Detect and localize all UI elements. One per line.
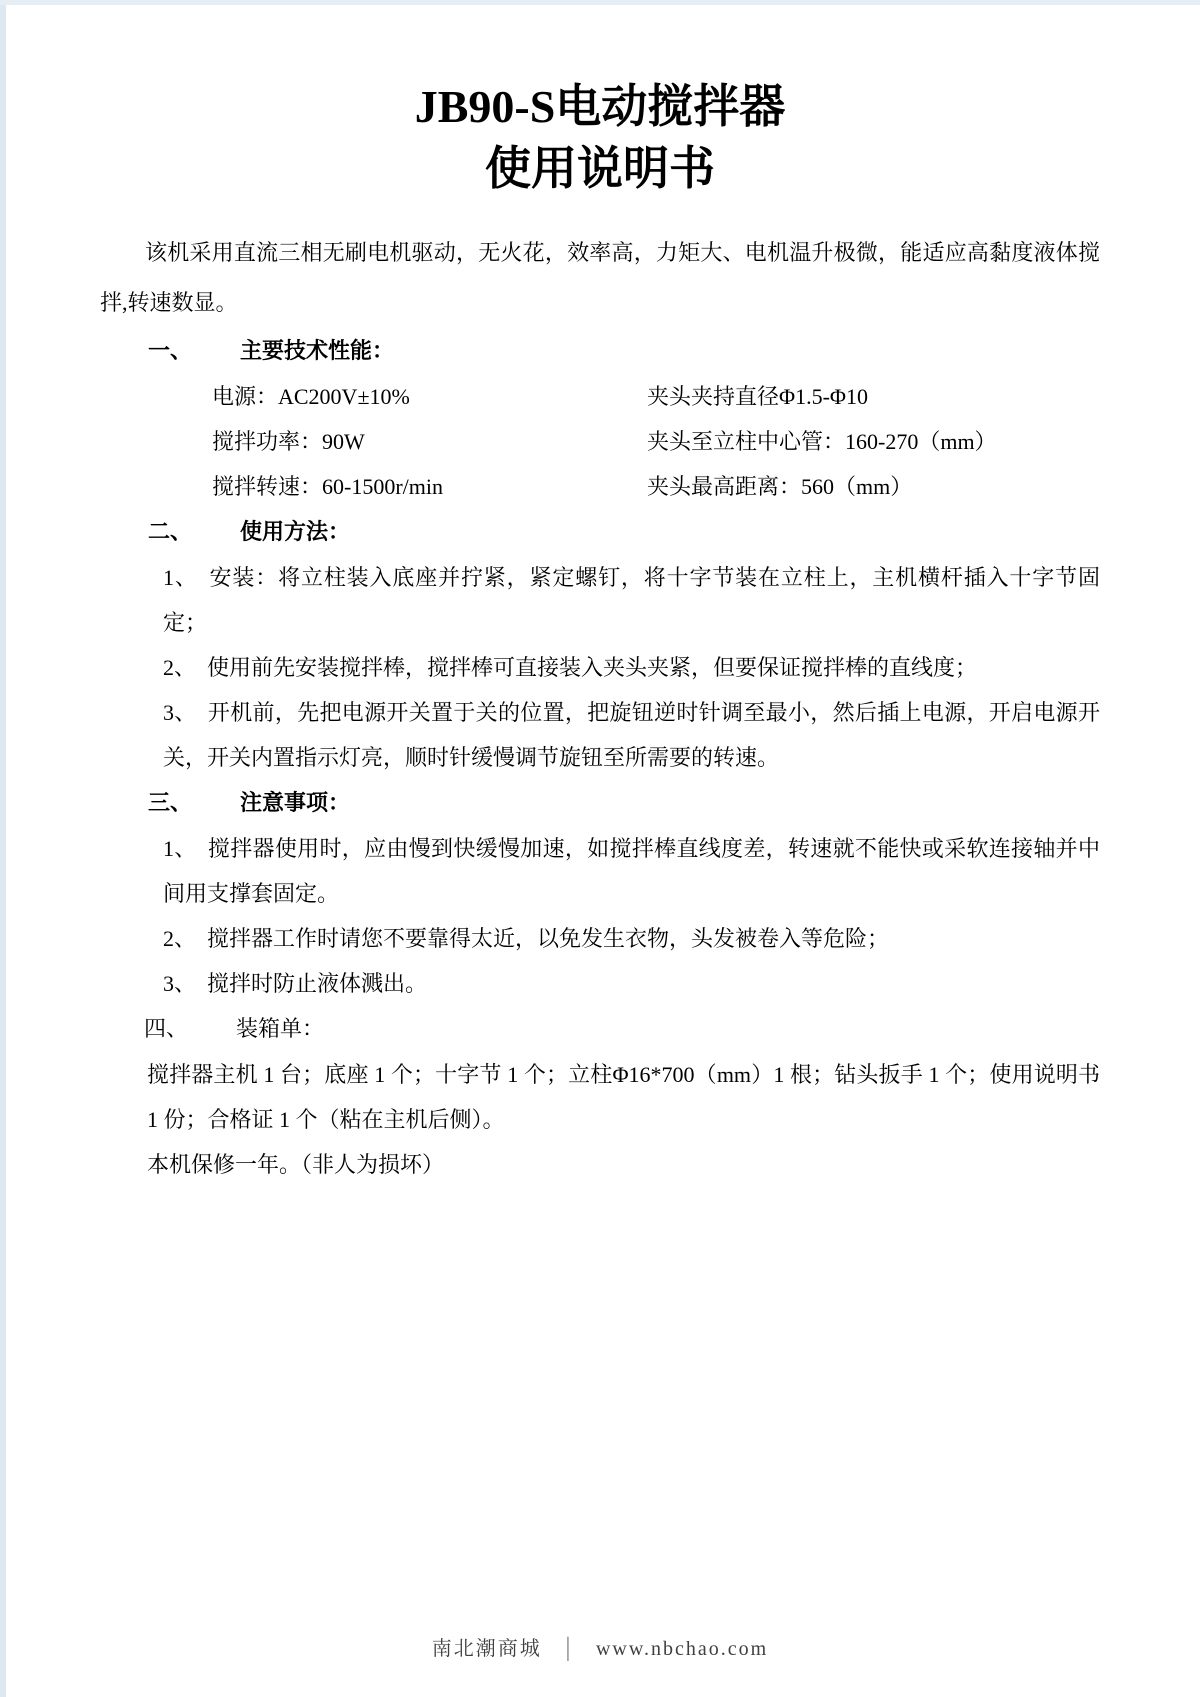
manual-page: JB90-S电动搅拌器 使用说明书 该机采用直流三相无刷电机驱动，无火花，效率高… <box>0 0 1200 1697</box>
section-number-packing: 四、 <box>144 1006 236 1052</box>
intro-paragraph: 该机采用直流三相无刷电机驱动，无火花，效率高，力矩大、电机温升极微，能适应高黏度… <box>100 228 1100 328</box>
section-number-specs: 一、 <box>148 328 240 374</box>
section-number-notes: 三、 <box>148 780 240 826</box>
title-line-product: JB90-S电动搅拌器 <box>100 76 1100 138</box>
section-heading-notes: 三、 注意事项： <box>148 780 1100 826</box>
notes-item-1: 1、 搅拌器使用时，应由慢到快缓慢加速，如搅拌棒直线度差，转速就不能快或采软连接… <box>163 826 1100 916</box>
title-line-manual: 使用说明书 <box>100 138 1100 200</box>
section-heading-usage: 二、 使用方法： <box>148 509 1100 555</box>
usage-item-1: 1、 安装：将立柱装入底座并拧紧，紧定螺钉，将十字节装在立柱上，主机横杆插入十字… <box>163 555 1100 645</box>
spec-stir-speed: 搅拌转速：60-1500r/min <box>212 464 647 509</box>
spec-row-wattage: 搅拌功率：90W 夹头至立柱中心管：160-270（mm） <box>212 419 1100 464</box>
footer-url: www.nbchao.com <box>596 1638 768 1660</box>
notes-item-3: 3、 搅拌时防止液体溅出。 <box>163 961 1100 1006</box>
section-number-usage: 二、 <box>148 509 240 555</box>
notes-item-2: 2、 搅拌器工作时请您不要靠得太近，以免发生衣物，头发被卷入等危险； <box>163 916 1100 961</box>
page-footer: 南北潮商城 │ www.nbchao.com <box>0 1632 1200 1661</box>
section-title-specs: 主要技术性能： <box>240 328 394 374</box>
section-title-notes: 注意事项： <box>240 780 350 826</box>
footer-site-name: 南北潮商城 <box>432 1638 542 1660</box>
spec-chuck-diameter: 夹头夹持直径Φ1.5-Φ10 <box>647 374 1100 419</box>
section-title-packing: 装箱单： <box>236 1006 324 1052</box>
usage-item-3: 3、 开机前，先把电源开关置于关的位置，把旋钮逆时针调至最小，然后插上电源，开启… <box>163 690 1100 780</box>
usage-item-2: 2、 使用前先安装搅拌棒，搅拌棒可直接装入夹头夹紧，但要保证搅拌棒的直线度； <box>163 645 1100 690</box>
section-heading-packing: 四、 装箱单： <box>144 1006 1100 1052</box>
spec-power-supply: 电源：AC200V±10% <box>212 374 647 419</box>
packing-list-line: 搅拌器主机 1 台；底座 1 个；十字节 1 个；立柱Φ16*700（mm）1 … <box>147 1052 1100 1142</box>
document-content: JB90-S电动搅拌器 使用说明书 该机采用直流三相无刷电机驱动，无火花，效率高… <box>0 0 1200 1187</box>
spec-row-power: 电源：AC200V±10% 夹头夹持直径Φ1.5-Φ10 <box>212 374 1100 419</box>
spec-table: 电源：AC200V±10% 夹头夹持直径Φ1.5-Φ10 搅拌功率：90W 夹头… <box>212 374 1100 509</box>
spec-chuck-max-height: 夹头最高距离：560（mm） <box>647 464 1100 509</box>
section-title-usage: 使用方法： <box>240 509 350 555</box>
section-heading-specs: 一、 主要技术性能： <box>148 328 1100 374</box>
warranty-line: 本机保修一年。（非人为损坏） <box>147 1142 1100 1187</box>
page-title: JB90-S电动搅拌器 使用说明书 <box>100 76 1100 200</box>
footer-divider: │ <box>561 1638 577 1660</box>
spec-chuck-to-column: 夹头至立柱中心管：160-270（mm） <box>647 419 1100 464</box>
spec-row-speed: 搅拌转速：60-1500r/min 夹头最高距离：560（mm） <box>212 464 1100 509</box>
spec-stir-power: 搅拌功率：90W <box>212 419 647 464</box>
